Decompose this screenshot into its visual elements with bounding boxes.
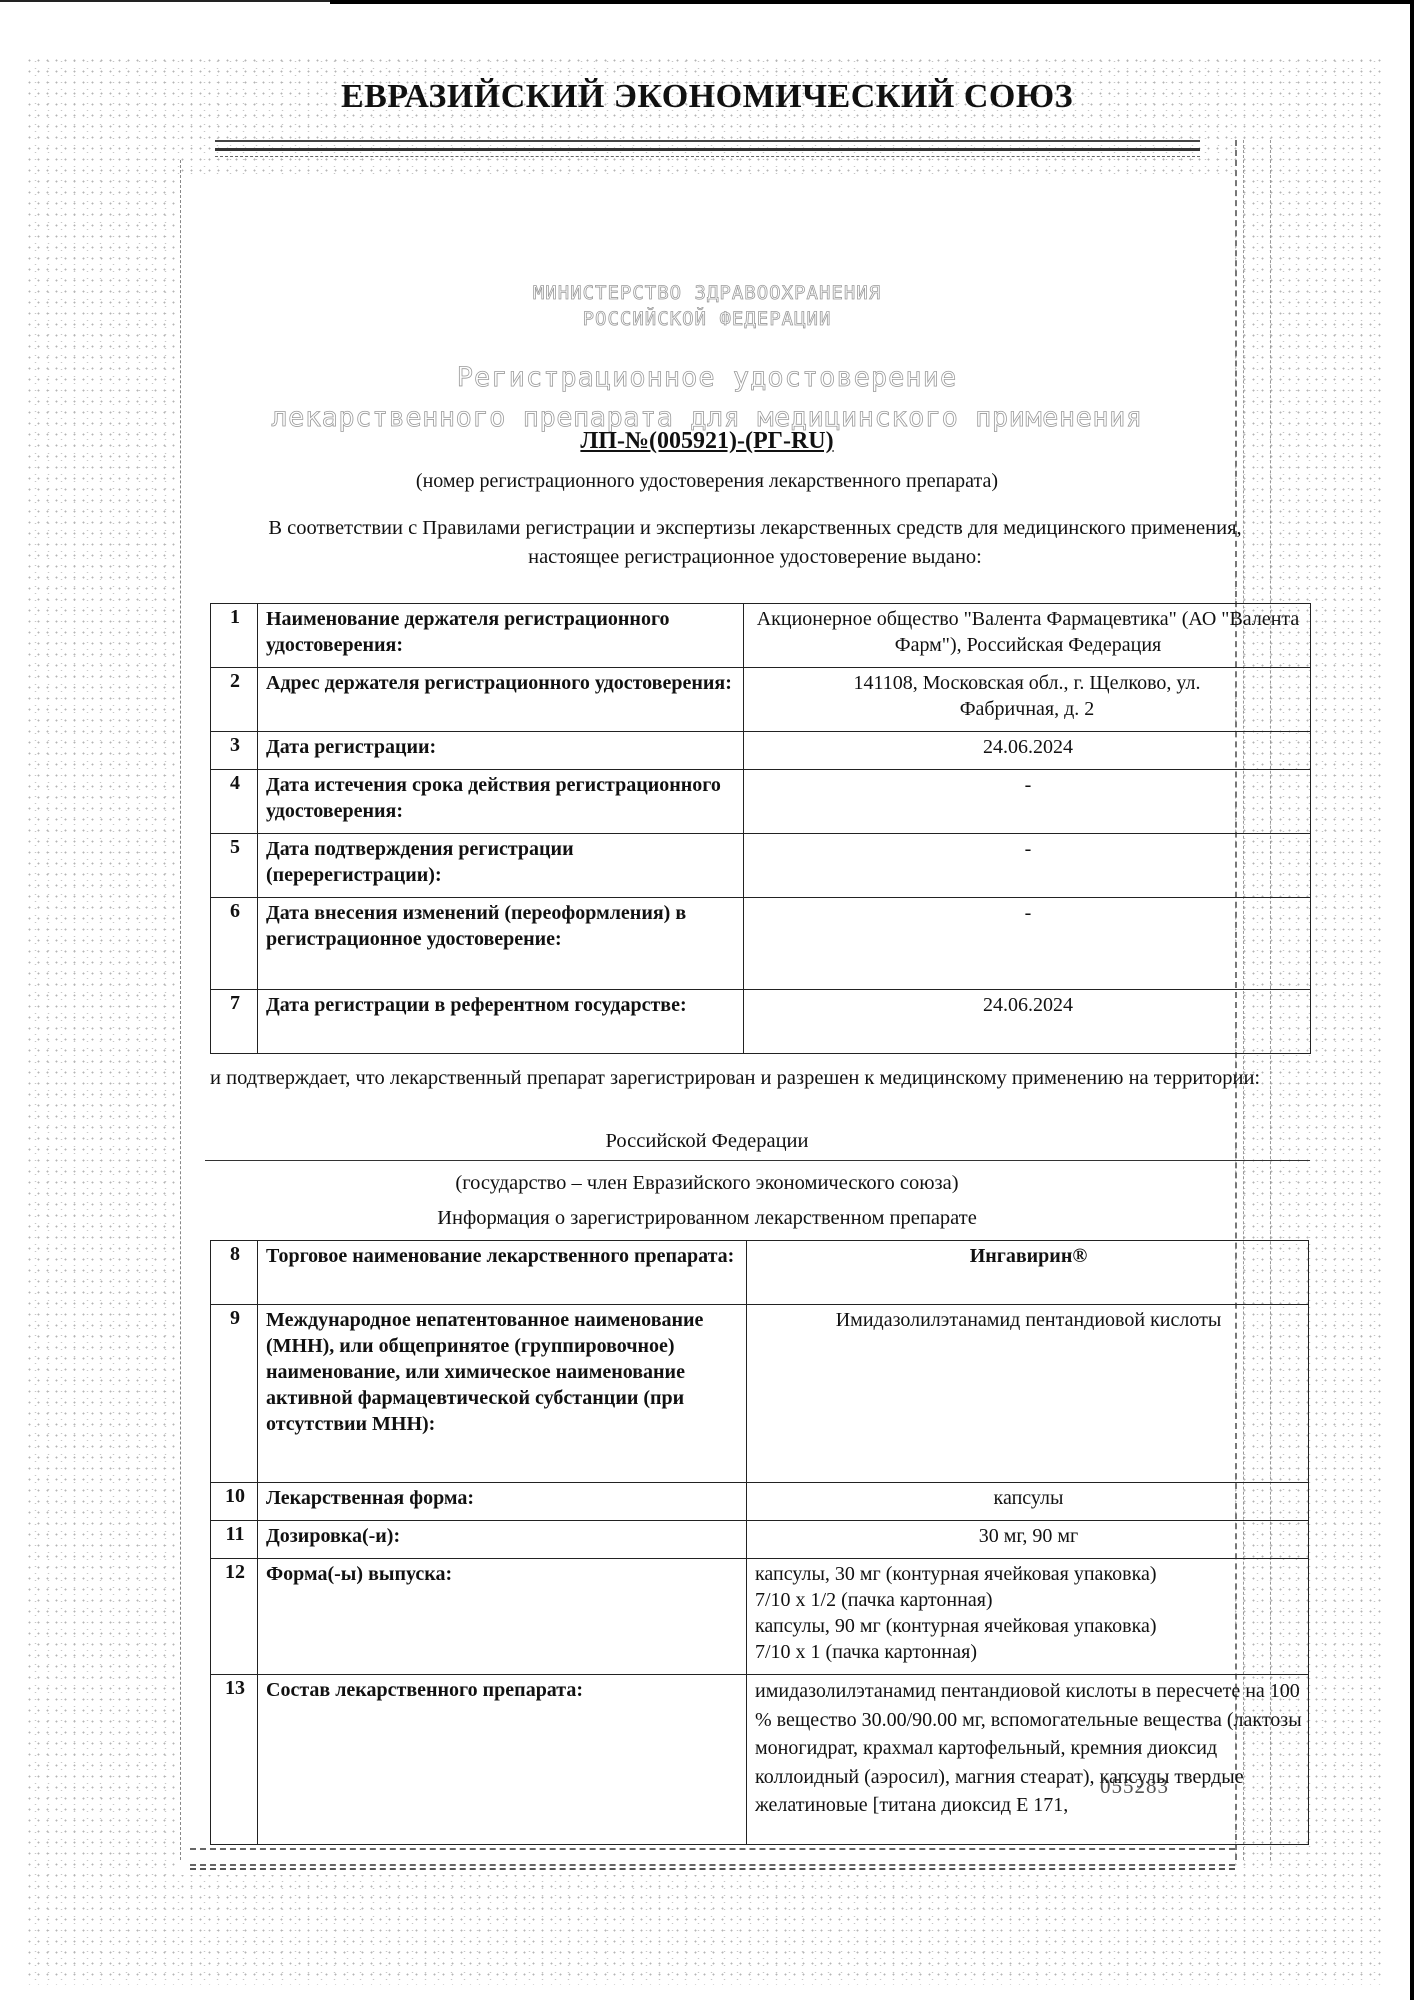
product-info-table: 8 Торговое наименование лекарственного п…	[210, 1240, 1309, 1845]
table-row: 10 Лекарственная форма: капсулы	[211, 1483, 1309, 1521]
scan-edge-top	[330, 0, 1414, 4]
row-label: Дата истечения срока действия регистраци…	[258, 770, 744, 834]
row-number: 10	[211, 1483, 258, 1521]
row-label: Состав лекарственного препарата:	[258, 1675, 747, 1845]
table-row: 2 Адрес держателя регистрационного удост…	[211, 668, 1311, 732]
row-label: Дата регистрации в референтном государст…	[258, 990, 744, 1054]
territory-underline	[205, 1160, 1310, 1161]
table-row: 5 Дата подтверждения регистрации (перере…	[211, 834, 1311, 898]
row-value: 24.06.2024	[744, 990, 1311, 1054]
composition-text: имидазолилэтанамид пентандиовой кислоты …	[747, 1675, 1309, 1845]
certificate-title-line1: Регистрационное удостоверение	[0, 362, 1414, 393]
decorative-border-bottom	[190, 1848, 1235, 1866]
row-number: 6	[211, 898, 258, 990]
row-number: 4	[211, 770, 258, 834]
row-number: 12	[211, 1559, 258, 1675]
row-value: -	[744, 898, 1311, 990]
row-label: Наименование держателя регистрационного …	[258, 604, 744, 668]
union-title: ЕВРАЗИЙСКИЙ ЭКОНОМИЧЕСКИЙ СОЮЗ	[0, 78, 1414, 116]
row-label: Дозировка(-и):	[258, 1521, 747, 1559]
release-form-line: капсулы, 30 мг (контурная ячейковая упак…	[755, 1561, 1302, 1587]
territory-name: Российской Федерации	[0, 1130, 1414, 1153]
row-label: Торговое наименование лекарственного пре…	[258, 1241, 747, 1305]
registration-number: ЛП-№(005921)-(РГ-RU)	[0, 428, 1414, 455]
row-number: 8	[211, 1241, 258, 1305]
decorative-border-bottom-outer	[190, 1868, 1235, 1870]
row-number: 9	[211, 1305, 258, 1483]
row-label: Лекарственная форма:	[258, 1483, 747, 1521]
row-value: Имидазолилэтанамид пентандиовой кислоты	[747, 1305, 1309, 1483]
release-form-line: 7/10 x 1 (пачка картонная)	[755, 1639, 1302, 1665]
table-row: 11 Дозировка(-и): 30 мг, 90 мг	[211, 1521, 1309, 1559]
release-forms: капсулы, 30 мг (контурная ячейковая упак…	[747, 1559, 1309, 1675]
title-divider	[215, 148, 1200, 151]
row-number: 2	[211, 668, 258, 732]
row-number: 3	[211, 732, 258, 770]
title-divider	[215, 156, 1200, 157]
trade-name: Ингавирин®	[747, 1241, 1309, 1305]
row-number: 7	[211, 990, 258, 1054]
row-number: 1	[211, 604, 258, 668]
ministry-name-line2: РОССИЙСКОЙ ФЕДЕРАЦИИ	[0, 308, 1414, 330]
confirmation-text: и подтверждает, что лекарственный препар…	[210, 1065, 1290, 1092]
table-row: 3 Дата регистрации: 24.06.2024	[211, 732, 1311, 770]
table-row: 13 Состав лекарственного препарата: имид…	[211, 1675, 1309, 1845]
row-value: 30 мг, 90 мг	[747, 1521, 1309, 1559]
row-label: Форма(-ы) выпуска:	[258, 1559, 747, 1675]
release-form-line: капсулы, 90 мг (контурная ячейковая упак…	[755, 1613, 1302, 1639]
row-value: капсулы	[747, 1483, 1309, 1521]
row-value: -	[744, 834, 1311, 898]
row-label: Международное непатентованное наименован…	[258, 1305, 747, 1483]
row-value: Акционерное общество "Валента Фармацевти…	[744, 604, 1311, 668]
intro-text: В соответствии с Правилами регистрации и…	[240, 514, 1270, 572]
row-label: Дата подтверждения регистрации (перереги…	[258, 834, 744, 898]
table-row: 9 Международное непатентованное наименов…	[211, 1305, 1309, 1483]
product-info-heading: Информация о зарегистрированном лекарств…	[0, 1207, 1414, 1230]
table-row: 8 Торговое наименование лекарственного п…	[211, 1241, 1309, 1305]
table-row: 7 Дата регистрации в референтном государ…	[211, 990, 1311, 1054]
scan-edge-top-left	[0, 0, 330, 2]
row-number: 11	[211, 1521, 258, 1559]
holder-info-table: 1 Наименование держателя регистрационног…	[210, 603, 1311, 1054]
table-row: 1 Наименование держателя регистрационног…	[211, 604, 1311, 668]
territory-caption: (государство – член Евразийского экономи…	[0, 1172, 1414, 1195]
row-number: 5	[211, 834, 258, 898]
registration-number-caption: (номер регистрационного удостоверения ле…	[0, 470, 1414, 493]
release-form-line: 7/10 x 1/2 (пачка картонная)	[755, 1587, 1302, 1613]
row-value: 141108, Московская обл., г. Щелково, ул.…	[744, 668, 1311, 732]
row-label: Адрес держателя регистрационного удостов…	[258, 668, 744, 732]
row-label: Дата регистрации:	[258, 732, 744, 770]
row-number: 13	[211, 1675, 258, 1845]
table-row: 12 Форма(-ы) выпуска: капсулы, 30 мг (ко…	[211, 1559, 1309, 1675]
title-divider	[215, 140, 1200, 142]
serial-number-overlay: 055283	[1100, 1774, 1169, 1799]
ministry-name-line1: МИНИСТЕРСТВО ЗДРАВООХРАНЕНИЯ	[0, 282, 1414, 304]
row-value: -	[744, 770, 1311, 834]
table-row: 6 Дата внесения изменений (переоформлени…	[211, 898, 1311, 990]
row-value: 24.06.2024	[744, 732, 1311, 770]
table-row: 4 Дата истечения срока действия регистра…	[211, 770, 1311, 834]
row-label: Дата внесения изменений (переоформления)…	[258, 898, 744, 990]
